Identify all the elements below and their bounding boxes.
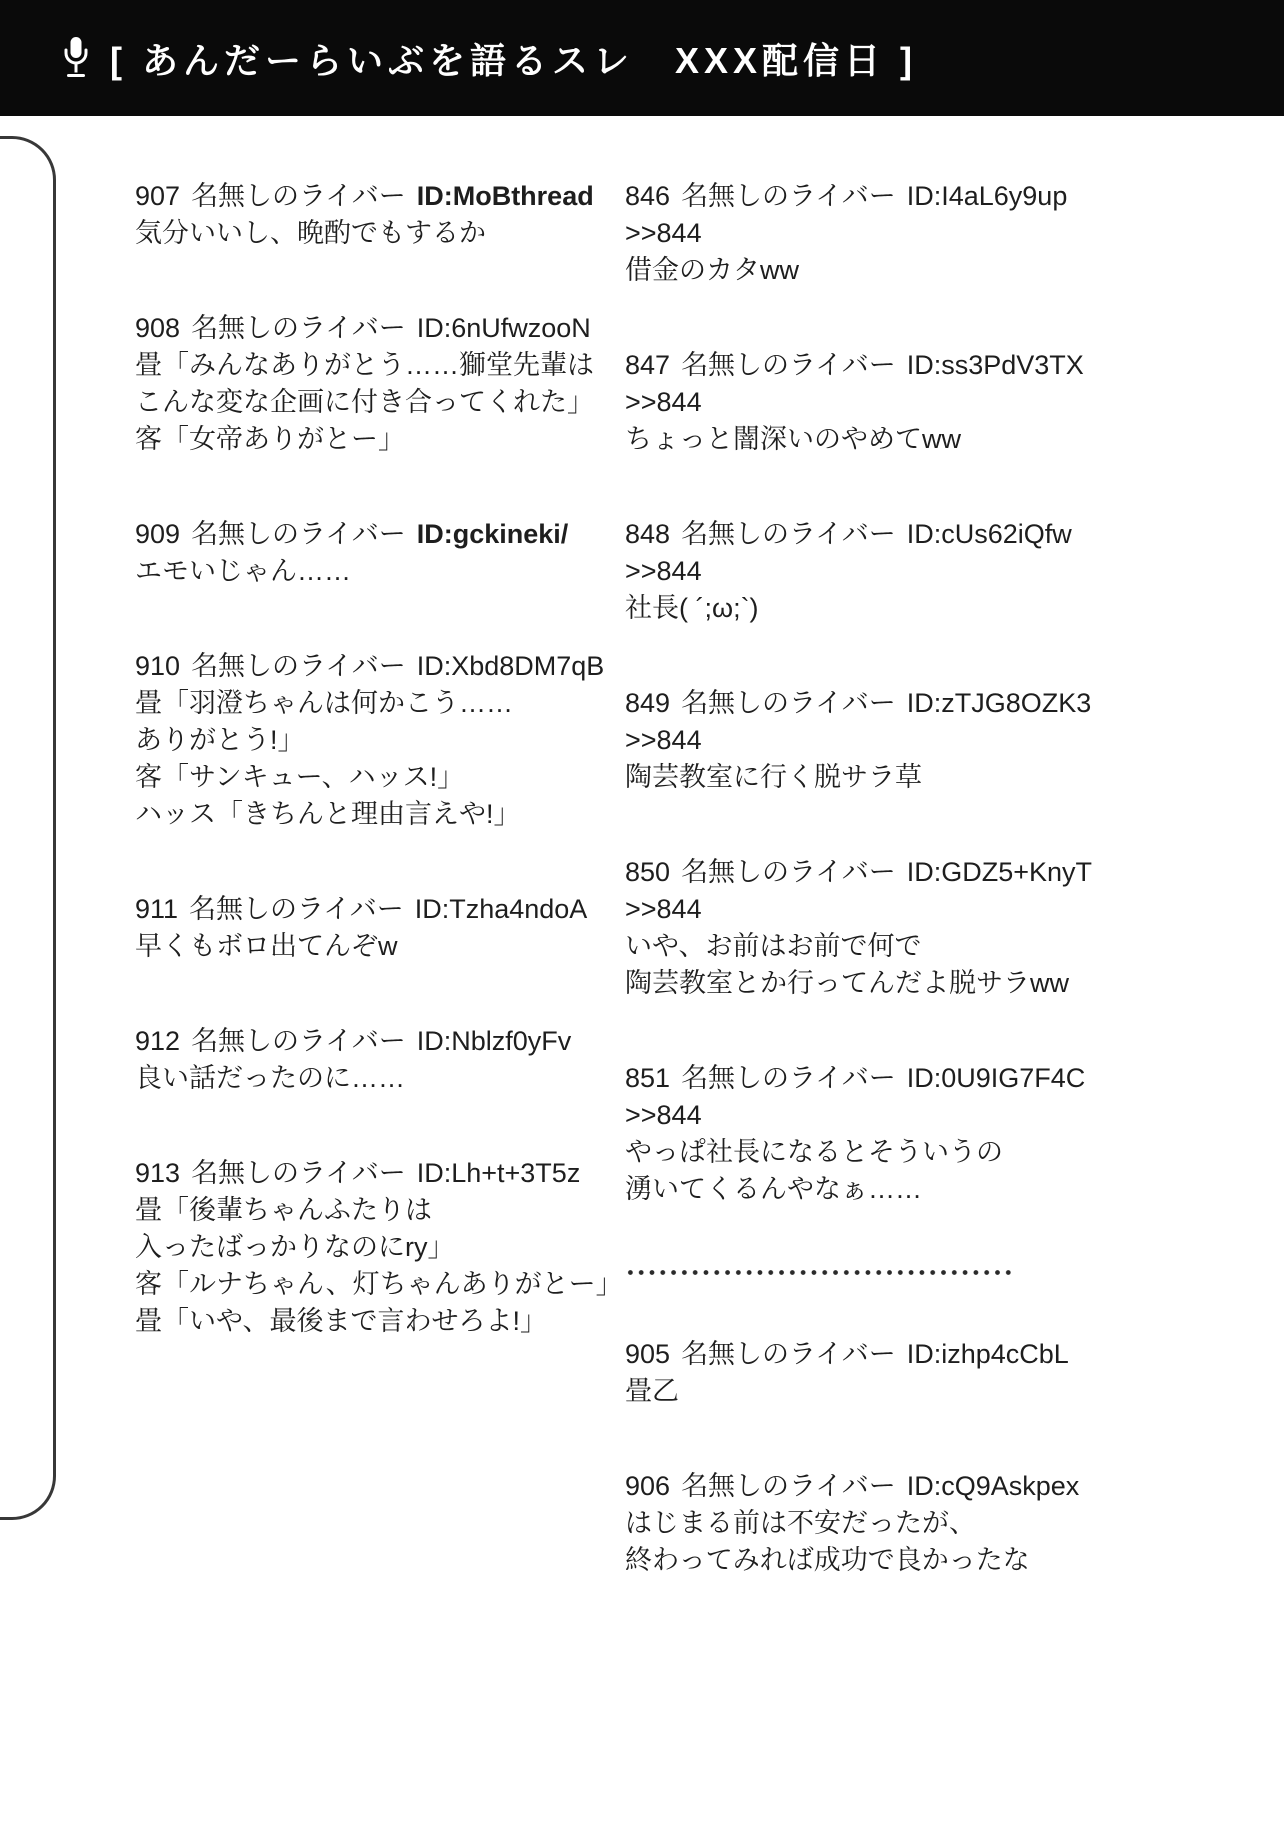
post-number: 913 bbox=[135, 1158, 180, 1188]
poster-name: 名無しのライバー bbox=[681, 1471, 896, 1501]
thread-post: 907名無しのライバーID:MoBthread 気分いいし、晩酌でもするか bbox=[135, 178, 613, 252]
thread-post: 846名無しのライバーID:I4aL6y9up >>844借金のカタww bbox=[625, 178, 1103, 289]
reply-anchor: >>844 bbox=[625, 384, 1103, 421]
thread-post: 849名無しのライバーID:zTJG8OZK3 >>844陶芸教室に行く脱サラ草 bbox=[625, 685, 1103, 796]
post-header: 849名無しのライバーID:zTJG8OZK3 bbox=[625, 685, 1103, 722]
poster-name: 名無しのライバー bbox=[189, 894, 404, 924]
thread-post: 850名無しのライバーID:GDZ5+KnyT >>844いや、お前はお前で何で… bbox=[625, 854, 1103, 1002]
poster-name: 名無しのライバー bbox=[191, 1158, 406, 1188]
post-header: 906名無しのライバーID:cQ9Askpex bbox=[625, 1468, 1103, 1505]
post-header: 913名無しのライバーID:Lh+t+3T5z bbox=[135, 1155, 613, 1192]
poster-id: ID:0U9IG7F4C bbox=[907, 1063, 1086, 1093]
thread-post: 848名無しのライバーID:cUs62iQfw >>844社長( ´;ω;`) bbox=[625, 516, 1103, 627]
post-header: 910名無しのライバーID:Xbd8DM7qB bbox=[135, 648, 613, 685]
post-number: 908 bbox=[135, 313, 180, 343]
post-text-line: ありがとう!」 bbox=[135, 722, 613, 759]
thread-post: 909名無しのライバーID:gckineki/ エモいじゃん…… bbox=[135, 516, 613, 590]
post-header: 848名無しのライバーID:cUs62iQfw bbox=[625, 516, 1103, 553]
reply-anchor: >>844 bbox=[625, 553, 1103, 590]
post-number: 910 bbox=[135, 651, 180, 681]
post-number: 911 bbox=[135, 894, 178, 924]
thread-post: 908名無しのライバーID:6nUfwzooN 畳「みんなありがとう……獅堂先輩… bbox=[135, 310, 613, 458]
microphone-icon bbox=[58, 35, 94, 81]
post-number: 849 bbox=[625, 688, 670, 718]
reply-anchor: >>844 bbox=[625, 891, 1103, 928]
post-text-line: ちょっと闇深いのやめてww bbox=[625, 421, 1103, 458]
poster-name: 名無しのライバー bbox=[681, 1063, 896, 1093]
post-header: 912名無しのライバーID:Nblzf0yFv bbox=[135, 1023, 613, 1060]
poster-id: ID:zTJG8OZK3 bbox=[907, 688, 1092, 718]
post-number: 906 bbox=[625, 1471, 670, 1501]
post-text-line: 良い話だったのに…… bbox=[135, 1060, 613, 1097]
post-number: 847 bbox=[625, 350, 670, 380]
poster-id: ID:Nblzf0yFv bbox=[417, 1026, 572, 1056]
thread-post: 913名無しのライバーID:Lh+t+3T5z 畳「後輩ちゃんふたりは入ったばっ… bbox=[135, 1155, 613, 1340]
post-header: 909名無しのライバーID:gckineki/ bbox=[135, 516, 613, 553]
poster-id: ID:Xbd8DM7qB bbox=[417, 651, 605, 681]
thread-title: [ あんだーらいぶを語るスレ XXX配信日 ] bbox=[110, 33, 917, 84]
poster-name: 名無しのライバー bbox=[681, 857, 896, 887]
post-text-line: 畳「羽澄ちゃんは何かこう…… bbox=[135, 685, 613, 722]
poster-name: 名無しのライバー bbox=[191, 181, 406, 211]
post-text-line: エモいじゃん…… bbox=[135, 553, 613, 590]
post-number: 907 bbox=[135, 181, 180, 211]
poster-name: 名無しのライバー bbox=[191, 313, 406, 343]
post-text-line: いや、お前はお前で何で bbox=[625, 928, 1103, 965]
post-text-line: ハッス「きちんと理由言えや!」 bbox=[135, 796, 613, 833]
thread-post: 910名無しのライバーID:Xbd8DM7qB 畳「羽澄ちゃんは何かこう……あり… bbox=[135, 648, 613, 833]
post-text-line: 陶芸教室とか行ってんだよ脱サラww bbox=[625, 965, 1103, 1002]
thread-post: 847名無しのライバーID:ss3PdV3TX >>844ちょっと闇深いのやめて… bbox=[625, 347, 1103, 458]
post-header: 907名無しのライバーID:MoBthread bbox=[135, 178, 613, 215]
post-text-line: 気分いいし、晩酌でもするか bbox=[135, 215, 613, 252]
dotted-separator bbox=[625, 1254, 1013, 1291]
poster-id: ID:I4aL6y9up bbox=[907, 181, 1068, 211]
post-text-line: 社長( ´;ω;`) bbox=[625, 590, 1103, 627]
poster-name: 名無しのライバー bbox=[681, 1339, 896, 1369]
post-text-line: 畳「みんなありがとう……獅堂先輩は bbox=[135, 347, 613, 384]
poster-id: ID:MoBthread bbox=[417, 181, 594, 211]
post-text-line: 終わってみれば成功で良かったな bbox=[625, 1542, 1103, 1579]
poster-id: ID:Tzha4ndoA bbox=[415, 894, 588, 924]
thread-title-bar: [ あんだーらいぶを語るスレ XXX配信日 ] bbox=[0, 0, 1284, 116]
post-text-line: こんな変な企画に付き合ってくれた」 bbox=[135, 384, 613, 421]
poster-id: ID:6nUfwzooN bbox=[417, 313, 591, 343]
thread-post: 851名無しのライバーID:0U9IG7F4C >>844やっぱ社長になるとそう… bbox=[625, 1060, 1103, 1208]
post-text-line: 客「サンキュー、ハッス!」 bbox=[135, 759, 613, 796]
post-text-line: はじまる前は不安だったが、 bbox=[625, 1505, 1103, 1542]
post-header: 847名無しのライバーID:ss3PdV3TX bbox=[625, 347, 1103, 384]
post-text-line: 畳「いや、最後まで言わせろよ!」 bbox=[135, 1303, 613, 1340]
post-text-line: 早くもボロ出てんぞw bbox=[135, 928, 613, 965]
thread-post: 906名無しのライバーID:cQ9Askpex はじまる前は不安だったが、終わっ… bbox=[625, 1468, 1103, 1579]
post-number: 905 bbox=[625, 1339, 670, 1369]
post-text-line: 陶芸教室に行く脱サラ草 bbox=[625, 759, 1103, 796]
poster-name: 名無しのライバー bbox=[191, 519, 406, 549]
poster-name: 名無しのライバー bbox=[191, 1026, 406, 1056]
thread-post: 911名無しのライバーID:Tzha4ndoA 早くもボロ出てんぞw bbox=[135, 891, 613, 965]
post-number: 850 bbox=[625, 857, 670, 887]
post-header: 911名無しのライバーID:Tzha4ndoA bbox=[135, 891, 613, 928]
poster-name: 名無しのライバー bbox=[681, 181, 896, 211]
post-text-line: 畳「後輩ちゃんふたりは bbox=[135, 1192, 613, 1229]
poster-id: ID:cQ9Askpex bbox=[907, 1471, 1080, 1501]
poster-id: ID:cUs62iQfw bbox=[907, 519, 1072, 549]
poster-id: ID:Lh+t+3T5z bbox=[417, 1158, 581, 1188]
post-header: 850名無しのライバーID:GDZ5+KnyT bbox=[625, 854, 1103, 891]
post-text-line: 客「ルナちゃん、灯ちゃんありがとー」 bbox=[135, 1266, 613, 1303]
poster-name: 名無しのライバー bbox=[681, 350, 896, 380]
post-text-line: やっぱ社長になるとそういうの bbox=[625, 1134, 1103, 1171]
post-number: 851 bbox=[625, 1063, 670, 1093]
thread-column-left: 907名無しのライバーID:MoBthread 気分いいし、晩酌でもするか 90… bbox=[135, 178, 613, 1398]
post-text-line: 借金のカタww bbox=[625, 252, 1103, 289]
post-header: 905名無しのライバーID:izhp4cCbL bbox=[625, 1336, 1103, 1373]
poster-name: 名無しのライバー bbox=[191, 651, 406, 681]
reply-anchor: >>844 bbox=[625, 215, 1103, 252]
post-header: 908名無しのライバーID:6nUfwzooN bbox=[135, 310, 613, 347]
thread-column-right: 846名無しのライバーID:I4aL6y9up >>844借金のカタww 847… bbox=[625, 178, 1103, 1637]
post-number: 909 bbox=[135, 519, 180, 549]
post-text-line: 入ったばっかりなのにry」 bbox=[135, 1229, 613, 1266]
poster-id: ID:ss3PdV3TX bbox=[907, 350, 1084, 380]
post-header: 851名無しのライバーID:0U9IG7F4C bbox=[625, 1060, 1103, 1097]
post-number: 848 bbox=[625, 519, 670, 549]
page-frame-border bbox=[0, 136, 56, 1520]
post-text-line: 畳乙 bbox=[625, 1373, 1103, 1410]
poster-name: 名無しのライバー bbox=[681, 688, 896, 718]
poster-id: ID:GDZ5+KnyT bbox=[907, 857, 1092, 887]
post-number: 912 bbox=[135, 1026, 180, 1056]
post-text-line: 客「女帝ありがとー」 bbox=[135, 421, 613, 458]
post-header: 846名無しのライバーID:I4aL6y9up bbox=[625, 178, 1103, 215]
post-text-line: 湧いてくるんやなぁ…… bbox=[625, 1171, 1103, 1208]
post-number: 846 bbox=[625, 181, 670, 211]
reply-anchor: >>844 bbox=[625, 1097, 1103, 1134]
thread-post: 912名無しのライバーID:Nblzf0yFv 良い話だったのに…… bbox=[135, 1023, 613, 1097]
reply-anchor: >>844 bbox=[625, 722, 1103, 759]
thread-post: 905名無しのライバーID:izhp4cCbL 畳乙 bbox=[625, 1336, 1103, 1410]
poster-name: 名無しのライバー bbox=[681, 519, 896, 549]
poster-id: ID:gckineki/ bbox=[417, 519, 569, 549]
poster-id: ID:izhp4cCbL bbox=[907, 1339, 1069, 1369]
